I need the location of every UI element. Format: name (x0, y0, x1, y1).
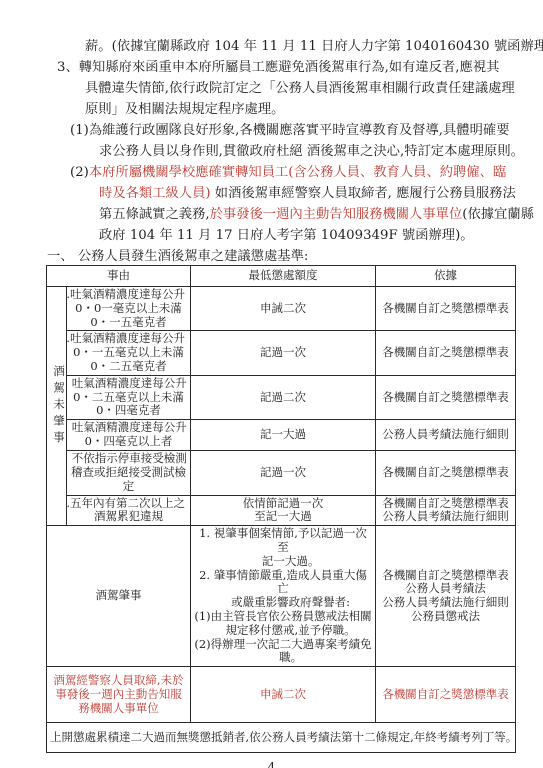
subitem-2-line-2: 時及各類工級人員) 如酒後駕車經警察人員取締者, 應履行公務員服務法 (99, 183, 543, 204)
subitem-2-line-1: (2)本府所屬機關學校應確實轉知員工(含公務人員、教育人員、約聘僱、臨 (70, 162, 543, 183)
row-1-cause: 1.吐氣酒精濃度達每公升0・0一毫克以上未滿0・一五毫克者 (67, 287, 191, 331)
table-row-note: 上開懲處累積達二大過而無獎懲抵銷者,依公務人員考績法第十二條規定,年終考績考列丁… (47, 723, 516, 753)
penalty-table: 事由 最低懲處額度 依據 酒駕未肇事 1.吐氣酒精濃度達每公升0・0一毫克以上未… (46, 265, 516, 753)
red-row-penalty: 申誡二次 (191, 667, 376, 723)
row-1-basis: 各機關自訂之獎懲標準表 (376, 287, 516, 331)
table-row-6: 6.五年內有第二次以上之酒駕累犯違規 依情節記過一次 至記一大過 各機關自訂之獎… (47, 495, 516, 526)
group-label-no-accident: 酒駕未肇事 (50, 365, 67, 448)
header-penalty: 最低懲處額度 (191, 266, 376, 287)
subitem-2-black-text-3b: (依據宜蘭縣 (462, 207, 534, 222)
table-row-crash: 酒駕肇事 1. 視肇事個案情節,予以記過一次至 記一大過。 2. 肇事情節嚴重,… (47, 526, 516, 667)
crash-label: 酒駕肇事 (47, 526, 191, 667)
row-2-penalty: 記過一次 (191, 331, 376, 375)
section-1-heading: 一、 公務人員發生酒後駕車之建議懲處基準: (47, 246, 543, 267)
item-3-line-1: 3、轉知縣府來函重申本府所屬員工應避免酒後駕車行為,如有違反者,應視其 (57, 57, 543, 78)
row-5-penalty: 記過一次 (191, 451, 376, 495)
crash-basis: 各機關自訂之獎懲標準表 公務人員考績法 公務人員考績法施行細則 公務員懲戒法 (376, 526, 516, 667)
subitem-2-line-3: 第五條誠實之義務,於事發後一週內主動告知服務機關人事單位(依據宜蘭縣 (99, 204, 543, 225)
document-page: 薪。(依據宜蘭縣政府 104 年 11 月 11 日府人力字第 10401604… (0, 0, 543, 768)
table-header-row: 事由 最低懲處額度 依據 (47, 266, 516, 287)
crash-penalty: 1. 視肇事個案情節,予以記過一次至 記一大過。 2. 肇事情節嚴重,造成人員重… (191, 526, 376, 667)
row-6-penalty: 依情節記過一次 至記一大過 (191, 495, 376, 526)
subitem-2-red-text-3: 於事發後一週內主動告知服務機關人事單位 (210, 207, 463, 222)
subitem-2-red-text-1: 本府所屬機關學校應確實轉知員工(含公務人員、教育人員、約聘僱、臨 (89, 165, 506, 180)
table-note: 上開懲處累積達二大過而無獎懲抵銷者,依公務人員考績法第十二條規定,年終考績考列丁… (47, 723, 516, 753)
row-5-basis: 各機關自訂之獎懲標準表 (376, 451, 516, 495)
subitem-2-black-text-3a: 第五條誠實之義務, (99, 207, 210, 222)
table-row-2: 2.吐氣酒精濃度達每公升0・一五毫克以上未滿0・二五毫克者 記過一次 各機關自訂… (47, 331, 516, 375)
row-3-penalty: 記過二次 (191, 375, 376, 419)
row-6-cause: 6.五年內有第二次以上之酒駕累犯違規 (67, 495, 191, 526)
carryover-line: 薪。(依據宜蘭縣政府 104 年 11 月 11 日府人力字第 10401604… (85, 36, 543, 57)
table-row-1: 酒駕未肇事 1.吐氣酒精濃度達每公升0・0一毫克以上未滿0・一五毫克者 申誡二次… (47, 287, 516, 331)
item-3-line-3: 原則」及相關法規規定程序處理。 (85, 99, 543, 120)
item-3-line-2: 具體違失情節,依行政院訂定之「公務人員酒後駕車相關行政責任建議處理 (85, 78, 543, 99)
row-5-cause: 5. 不依指示停車接受檢測稽查或拒絕接受測試檢定 (67, 451, 191, 495)
row-4-cause: 4. 吐氣酒精濃度達每公升0・四毫克以上者 (67, 420, 191, 451)
table-row-red: 酒駕經警察人員取締,未於事發後一週內主動告知服務機關人事單位 申誡二次 各機關自… (47, 667, 516, 723)
table-row-4: 4. 吐氣酒精濃度達每公升0・四毫克以上者 記一大過 公務人員考績法施行細則 (47, 420, 516, 451)
row-6-basis: 各機關自訂之獎懲標準表 公務人員考績法施行細則 (376, 495, 516, 526)
subitem-1-line-1: (1)為維護行政團隊良好形象,各機關應落實平時宣導教育及督導,具體明確要 (70, 120, 543, 141)
row-1-penalty: 申誡二次 (191, 287, 376, 331)
subitem-2-line-4: 政府 104 年 11 月 17 日府人考字第 10409349F 號函辦理)。 (99, 225, 543, 246)
row-3-cause: 3. 吐氣酒精濃度達每公升0・二五毫克以上未滿0・四毫克者 (67, 375, 191, 419)
red-row-cause: 酒駕經警察人員取締,未於事發後一週內主動告知服務機關人事單位 (47, 667, 191, 723)
group-label-cell: 酒駕未肇事 (47, 287, 67, 526)
body-text: 薪。(依據宜蘭縣政府 104 年 11 月 11 日府人力字第 10401604… (0, 0, 543, 267)
red-row-basis: 各機關自訂之獎懲標準表 (376, 667, 516, 723)
table-row-5: 5. 不依指示停車接受檢測稽查或拒絕接受測試檢定 記過一次 各機關自訂之獎懲標準… (47, 451, 516, 495)
page-number: 4 (0, 760, 543, 768)
header-basis: 依據 (376, 266, 516, 287)
row-2-basis: 各機關自訂之獎懲標準表 (376, 331, 516, 375)
table-row-3: 3. 吐氣酒精濃度達每公升0・二五毫克以上未滿0・四毫克者 記過二次 各機關自訂… (47, 375, 516, 419)
subitem-2-red-text-2: 時及各類工級人員) (99, 186, 211, 201)
row-3-basis: 各機關自訂之獎懲標準表 (376, 375, 516, 419)
row-2-cause: 2.吐氣酒精濃度達每公升0・一五毫克以上未滿0・二五毫克者 (67, 331, 191, 375)
row-4-basis: 公務人員考績法施行細則 (376, 420, 516, 451)
subitem-2-number: (2) (70, 165, 89, 180)
header-cause: 事由 (47, 266, 191, 287)
subitem-2-black-text-2: 如酒後駕車經警察人員取締者, 應履行公務員服務法 (211, 186, 516, 201)
row-4-penalty: 記一大過 (191, 420, 376, 451)
subitem-1-line-2: 求公務人員以身作則,貫徹政府杜絕 酒後駕車之決心,特訂定本處理原則。 (99, 141, 543, 162)
